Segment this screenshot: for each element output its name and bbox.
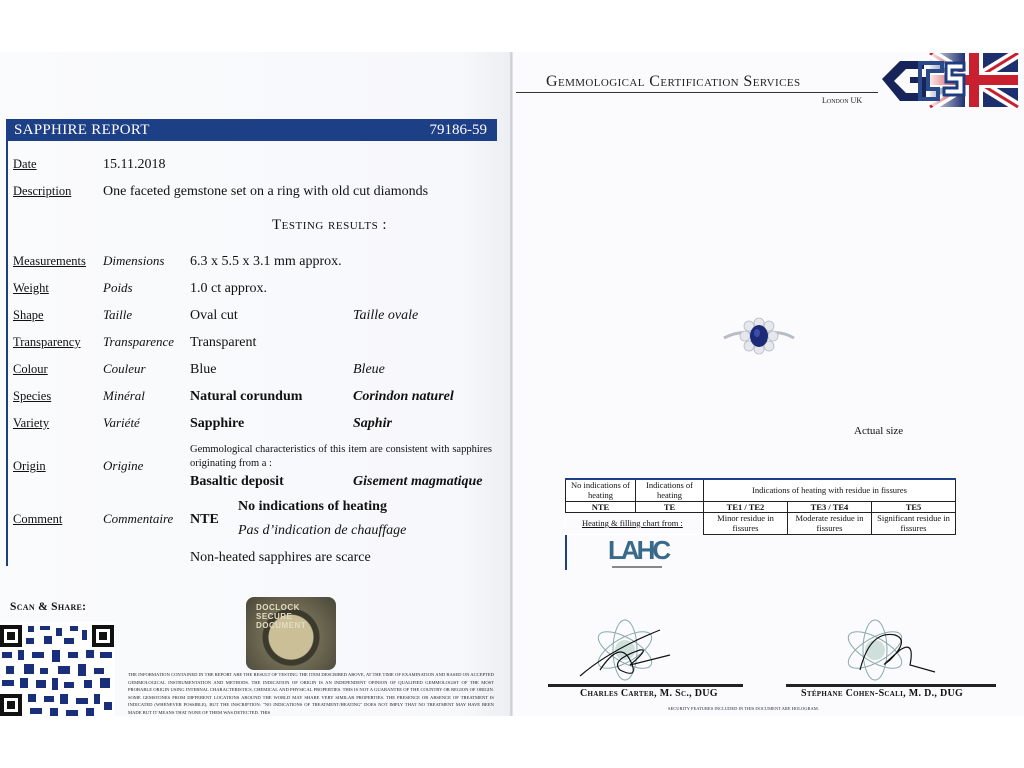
table-description-cell: Moderate residue in fissures xyxy=(788,512,872,534)
signature-cohen-scali xyxy=(840,610,950,685)
date-label: Date xyxy=(13,157,103,172)
field-value: Blue xyxy=(190,362,353,378)
field-row-weight: Weight Poids 1.0 ct approx. xyxy=(13,280,267,297)
field-value: 6.3 x 5.5 x 3.1 mm approx. xyxy=(190,254,342,270)
field-value: Natural corundum xyxy=(190,389,353,405)
lahc-logo-icon: LAHC xyxy=(608,535,668,566)
field-value: Transparent xyxy=(190,335,256,351)
security-hologram: DOCLOCK SECURE DOCUMENT xyxy=(246,597,336,670)
field-value: Oval cut xyxy=(190,308,353,324)
actual-size-label: Actual size xyxy=(854,425,903,437)
comment-label-fr: Commentaire xyxy=(103,511,190,527)
heating-chart-source-label: Heating & filling chart from : xyxy=(582,518,683,528)
description-value: One faceted gemstone set on a ring with … xyxy=(103,184,428,200)
field-value: 1.0 ct approx. xyxy=(190,281,267,297)
table-row: NTE TE TE1 / TE2 TE3 / TE4 TE5 xyxy=(566,501,956,512)
report-title: SAPPHIRE REPORT xyxy=(14,122,150,139)
table-header-cell: Indications of heating xyxy=(636,479,704,501)
company-location: London UK xyxy=(822,96,862,105)
comment-code: NTE xyxy=(190,512,219,528)
security-note: Security features included in this docum… xyxy=(668,706,819,711)
testing-results-heading: Testing results : xyxy=(272,217,387,234)
sapphire-ring-photo xyxy=(722,316,796,356)
table-code-cell: TE5 xyxy=(872,501,956,512)
field-label-fr: Transparence xyxy=(103,334,190,350)
signatory-name: Charles Carter, M. Sc., DUG xyxy=(580,688,718,699)
company-name: Gemmological Certification Services xyxy=(546,73,800,91)
field-row-species: Species Minéral Natural corundum Corindo… xyxy=(13,388,454,405)
field-value-fr: Taille ovale xyxy=(353,308,418,324)
field-row-colour: Colour Couleur Blue Bleue xyxy=(13,361,385,378)
origin-label-fr: Origine xyxy=(103,458,190,474)
lahc-logo-underline xyxy=(612,566,662,568)
field-row-shape: Shape Taille Oval cut Taille ovale xyxy=(13,307,418,324)
table-row: No indications of heating Indications of… xyxy=(566,479,956,501)
page-fold xyxy=(510,52,513,716)
origin-value-fr: Gisement magmatique xyxy=(353,474,483,490)
left-rule-divider xyxy=(6,141,8,566)
header-rule xyxy=(516,92,878,93)
origin-value: Basaltic deposit xyxy=(190,474,353,490)
field-label: Shape xyxy=(13,308,103,323)
report-number: 79186-59 xyxy=(430,122,488,139)
table-description-cell: Minor residue in fissures xyxy=(704,512,788,534)
field-label: Transparency xyxy=(13,335,103,350)
table-code-cell: TE3 / TE4 xyxy=(788,501,872,512)
hologram-text: DOCLOCK SECURE DOCUMENT xyxy=(256,603,336,630)
disclaimer-text: The information contained in the report … xyxy=(128,671,494,716)
field-value-fr: Saphir xyxy=(353,416,392,432)
field-label-fr: Couleur xyxy=(103,361,190,377)
signature-carter xyxy=(570,610,680,685)
comment-label: Comment xyxy=(13,512,103,527)
date-row: Date 15.11.2018 xyxy=(13,157,165,173)
gcs-logo-icon xyxy=(880,53,1020,109)
signatory-name: Stéphane Cohen-Scali, M. D., DUG xyxy=(801,688,963,699)
origin-row: Origin Origine xyxy=(13,458,190,474)
signature-line xyxy=(786,684,996,687)
origin-label: Origin xyxy=(13,459,103,474)
table-code-cell: TE xyxy=(636,501,704,512)
field-value: Sapphire xyxy=(190,416,353,432)
date-value: 15.11.2018 xyxy=(103,157,165,173)
comment-value-fr: Pas d’indication de chauffage xyxy=(238,523,406,539)
comment-value: No indications of heating xyxy=(238,499,387,515)
comment-note: Non-heated sapphires are scarce xyxy=(190,550,371,566)
field-label-fr: Minéral xyxy=(103,388,190,404)
field-label-fr: Taille xyxy=(103,307,190,323)
field-row-variety: Variety Variété Sapphire Saphir xyxy=(13,415,392,432)
report-title-bar: SAPPHIRE REPORT 79186-59 xyxy=(6,119,497,141)
field-label-fr: Variété xyxy=(103,415,190,431)
table-description-cell: Significant residue in fissures xyxy=(872,512,956,534)
field-label: Measurements xyxy=(13,254,103,269)
table-code-cell: NTE xyxy=(566,501,636,512)
field-label: Species xyxy=(13,389,103,404)
field-value-fr: Bleue xyxy=(353,362,385,378)
field-row-measurements: Measurements Dimensions 6.3 x 5.5 x 3.1 … xyxy=(13,253,342,270)
field-label: Weight xyxy=(13,281,103,296)
description-row: Description One faceted gemstone set on … xyxy=(13,184,428,200)
scan-share-label: Scan & Share: xyxy=(10,601,86,613)
field-label-fr: Poids xyxy=(103,280,190,296)
field-value-fr: Corindon naturel xyxy=(353,389,454,405)
table-code-cell: TE1 / TE2 xyxy=(704,501,788,512)
field-label-fr: Dimensions xyxy=(103,253,190,269)
field-label: Colour xyxy=(13,362,103,377)
description-label: Description xyxy=(13,184,103,199)
origin-value-row: Basaltic deposit Gisement magmatique xyxy=(190,474,483,490)
comment-row: Comment Commentaire NTE xyxy=(13,511,219,528)
table-header-cell: Indications of heating with residue in f… xyxy=(704,479,956,501)
field-label: Variety xyxy=(13,416,103,431)
table-header-cell: No indications of heating xyxy=(566,479,636,501)
origin-description: Gemmological characteristics of this ite… xyxy=(190,443,492,471)
signature-line xyxy=(548,684,743,687)
field-row-transparency: Transparency Transparence Transparent xyxy=(13,334,256,351)
qr-code[interactable] xyxy=(0,622,115,716)
